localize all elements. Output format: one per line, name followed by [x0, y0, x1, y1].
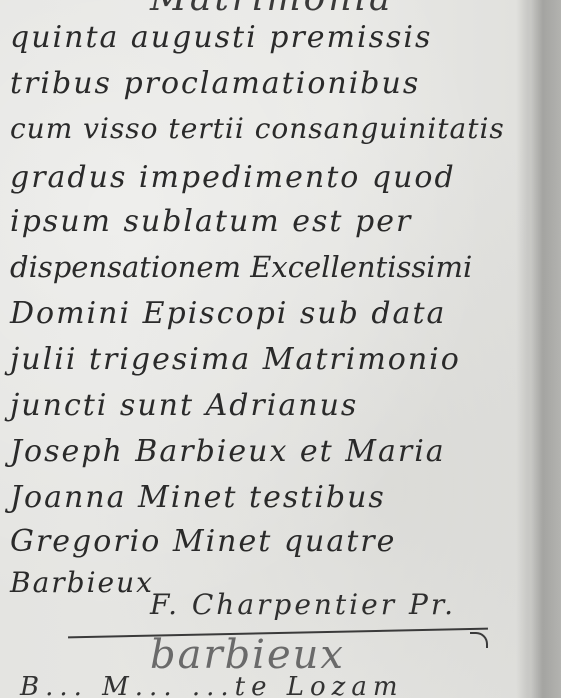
text-line-1: quinta augusti premissis [10, 20, 432, 55]
next-entry-fragment: B... M... ...te Lozam [20, 672, 404, 698]
signature-flourish-end [470, 632, 488, 648]
text-line-2: tribus proclamationibus [10, 66, 420, 101]
text-line-12: Gregorio Minet quatre [10, 524, 396, 559]
text-line-7: Domini Episcopi sub data [10, 296, 446, 331]
text-line-9: juncti sunt Adrianus [10, 388, 358, 423]
text-line-3: cum visso tertii consanguinitatis [10, 112, 505, 145]
text-line-4: gradus impedimento quod [10, 160, 456, 195]
text-line-8: julii trigesima Matrimonio [10, 342, 461, 377]
page-edge [531, 0, 561, 698]
text-line-13: Barbieux [10, 566, 154, 599]
text-line-6: dispensationem Excellentissimi [10, 250, 472, 284]
text-line-10: Joseph Barbieux et Maria [10, 434, 446, 469]
priest-signature: F. Charpentier Pr. [150, 588, 456, 621]
heading-fragment: Matrimonia [150, 0, 394, 19]
text-line-11: Joanna Minet testibus [10, 480, 386, 515]
text-line-5: ipsum sublatum est per [10, 204, 412, 239]
register-page: Matrimonia quinta augusti premissis trib… [0, 0, 561, 698]
